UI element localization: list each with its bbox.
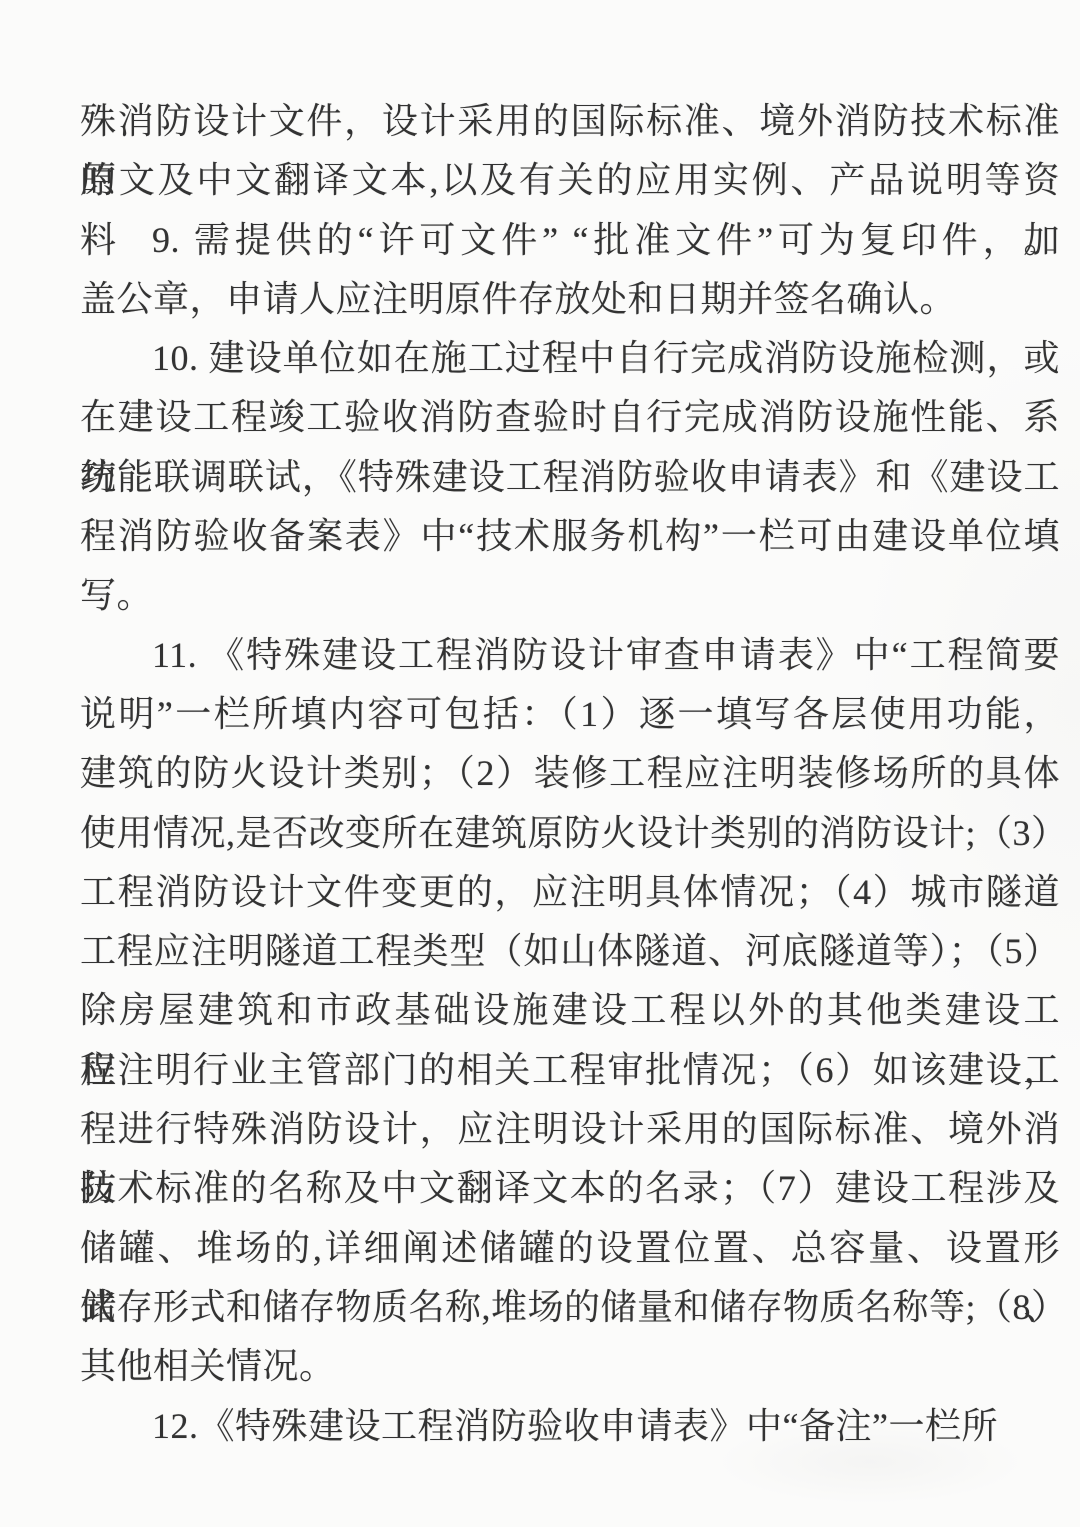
text-line: 使用情况,是否改变所在建筑原防火设计类别的消防设计;（3） <box>80 804 1060 863</box>
text-line: 工程应注明隧道工程类型（如山体隧道、河底隧道等）；（5） <box>80 922 1060 981</box>
text-line: 盖公章，申请人应注明原件存放处和日期并签名确认。 <box>80 270 1060 329</box>
text-line: 10. 建设单位如在施工过程中自行完成消防设施检测，或 <box>80 329 1060 388</box>
document-text-block: 殊消防设计文件，设计采用的国际标准、境外消防技术标准的原文及中文翻译文本,以及有… <box>80 92 1060 1456</box>
scanned-document-page: { "page": { "background_color": "#fbfbfa… <box>0 0 1080 1527</box>
text-line: 其他相关情况。 <box>80 1337 1060 1396</box>
text-line: 功能联调联试，《特殊建设工程消防验收申请表》和《建设工 <box>80 448 1060 507</box>
text-line: 11. 《特殊建设工程消防设计审查申请表》中“工程简要 <box>80 626 1060 685</box>
text-line: 技术标准的名称及中文翻译文本的名录；（7）建设工程涉及 <box>80 1159 1060 1218</box>
text-line: 建筑的防火设计类别；（2）装修工程应注明装修场所的具体 <box>80 744 1060 803</box>
text-line: 程消防验收备案表》中“技术服务机构”一栏可由建设单位填 <box>80 507 1060 566</box>
text-line: 储存形式和储存物质名称,堆场的储量和储存物质名称等;（8） <box>80 1278 1060 1337</box>
text-line: 说明”一栏所填内容可包括：（1）逐一填写各层使用功能， <box>80 685 1060 744</box>
text-line: 在建设工程竣工验收消防查验时自行完成消防设施性能、系统 <box>80 388 1060 447</box>
text-line: 除房屋建筑和市政基础设施建设工程以外的其他类建设工程， <box>80 981 1060 1040</box>
text-line: 9. 需提供的“许可文件” “批准文件”可为复印件，加 <box>80 211 1060 270</box>
text-line: 殊消防设计文件，设计采用的国际标准、境外消防技术标准的 <box>80 92 1060 151</box>
text-line: 应注明行业主管部门的相关工程审批情况；（6）如该建设工 <box>80 1041 1060 1100</box>
text-line: 工程消防设计文件变更的，应注明具体情况；（4）城市隧道 <box>80 863 1060 922</box>
text-line: 原文及中文翻译文本,以及有关的应用实例、产品说明等资料。 <box>80 151 1060 210</box>
text-line: 写。 <box>80 566 1060 625</box>
text-line: 12.《特殊建设工程消防验收申请表》中“备注”一栏所 <box>80 1397 1060 1456</box>
text-line: 程进行特殊消防设计，应注明设计采用的国际标准、境外消防 <box>80 1100 1060 1159</box>
text-line: 储罐、堆场的,详细阐述储罐的设置位置、总容量、设置形式、 <box>80 1219 1060 1278</box>
